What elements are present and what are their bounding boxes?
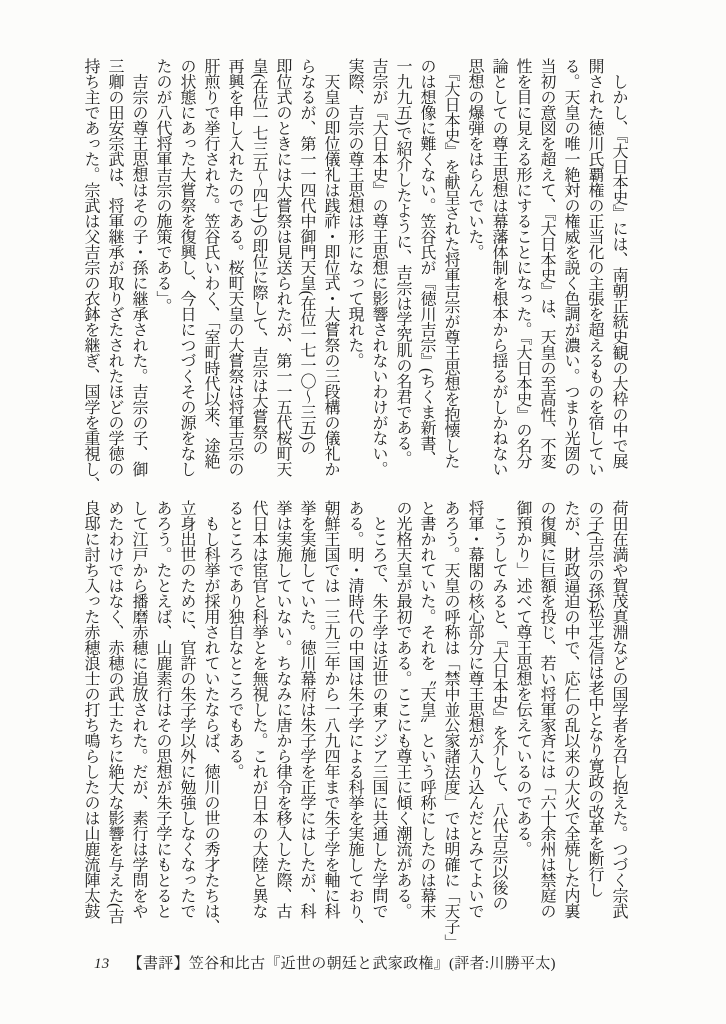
text-line: ところで、朱子学は近世の東アジア三国に共通した学問で xyxy=(366,500,390,960)
text-line: 一九九五)で紹介したように、吉宗は学究肌の名君である。 xyxy=(390,58,414,532)
text-line: たのが八代将軍吉宗の施策である」。 xyxy=(150,58,174,532)
text-line: 立身出世のために、官許の朱子学以外に勉強しなくなったで xyxy=(174,500,198,960)
text-line: 肝煎りで挙行された。笠谷氏いわく、「室町時代以来、途絶 xyxy=(198,58,222,532)
text-line: と書かれていた。それを〝天皇〟という呼称にしたのは幕末 xyxy=(414,500,438,960)
text-line: 論としての尊王思想は幕藩体制を根本から揺るがしかねない xyxy=(486,58,510,532)
text-line: めたわけではなく、赤穂の武士たちに絶大な影響を与えた(吉 xyxy=(102,500,126,960)
text-line: 天皇の即位儀礼は践祚・即位式・大嘗祭の三段構の儀礼か xyxy=(318,58,342,532)
text-line: のは想像に難くない。笠谷氏が『徳川吉宗』(ちくま新書、 xyxy=(414,58,438,532)
text-line: の光格天皇が最初である。ここにも尊王に傾く潮流がある。 xyxy=(390,500,414,960)
text-line: る。天皇の唯一絶対の権威を説く色調が濃い。つまり光圀の xyxy=(558,58,582,532)
text-line: 再興を申し入れたのである。桜町天皇の大嘗祭は将軍吉宗の xyxy=(222,58,246,532)
text-line: しかし、『大日本史』には、南朝正統史観の大枠の中で展 xyxy=(606,58,630,532)
text-line: 将軍・幕閣の核心部分に尊王思想が入り込んだとみてよいで xyxy=(462,500,486,960)
text-line: の復興に巨額を投じ、若い将軍家斉には「六十余州は禁庭の xyxy=(534,500,558,960)
text-line: 持ち主であった。宗武は父吉宗の衣鉢を継ぎ、国学を重視し、 xyxy=(78,58,102,532)
text-line: の状態にあった大嘗祭を復興し、今日につづくその源をなし xyxy=(174,58,198,532)
text-line: あろう。天皇の呼称は「禁中並公家諸法度」では明確に「天子」 xyxy=(438,500,462,960)
text-line: 性を目に見える形にすることになった。『大日本史』の名分 xyxy=(510,58,534,532)
text-block-top: しかし、『大日本史』には、南朝正統史観の大枠の中で展開された徳川氏覇権の正当化の… xyxy=(76,58,630,532)
text-line: 荷田在満や賀茂真淵などの国学者を召し抱えた。つづく宗武 xyxy=(606,500,630,960)
text-line: 良邸に討ち入った赤穂浪士の打ち鳴らしたのは山鹿流陣太鼓 xyxy=(78,500,102,960)
text-line: たが、財政逼迫の中で、応仁の乱以来の大火で全焼した内裏 xyxy=(558,500,582,960)
text-line: こうしてみると、『大日本史』を介して、八代吉宗以後の xyxy=(486,500,510,960)
text-line: 吉宗が『大日本史』の尊王思想に影響されないわけがない。 xyxy=(366,58,390,532)
text-line: ある。明・清時代の中国は朱子学による科挙を実施しており、 xyxy=(342,500,366,960)
footer-caption: 【書評】笠谷和比古『近世の朝廷と武家政権』(評者:川勝平太) xyxy=(128,956,556,972)
text-line: 実際、吉宗の尊王思想は形になって現れた。 xyxy=(342,58,366,532)
text-block-bottom: 荷田在満や賀茂真淵などの国学者を召し抱えた。つづく宗武の子(吉宗の孫)松平定信は… xyxy=(76,500,630,960)
text-line: 即位式のときには大嘗祭は見送られたが、第一一五代桜町天 xyxy=(270,58,294,532)
document-page: しかし、『大日本史』には、南朝正統史観の大枠の中で展開された徳川氏覇権の正当化の… xyxy=(0,0,726,1024)
text-line: の子(吉宗の孫)松平定信は老中となり寛政の改革を断行し xyxy=(582,500,606,960)
text-line: して江戸から播磨赤穂に追放された。だが、素行は学問をや xyxy=(126,500,150,960)
text-line: るところであり独自なところでもある。 xyxy=(222,500,246,960)
text-line: 御預かり」述べて尊王思想を伝えているのである。 xyxy=(510,500,534,960)
text-line: 思想の爆弾をはらんでいた。 xyxy=(462,58,486,532)
text-line: 『大日本史』を献呈された将軍吉宗が尊王思想を抱懐した xyxy=(438,58,462,532)
text-line: 吉宗の尊王思想はその子・孫に継承された。吉宗の子、御 xyxy=(126,58,150,532)
text-line: 代日本は宦官と科挙とを無視した。これが日本の大陸と異な xyxy=(246,500,270,960)
page-number: 13 xyxy=(94,956,110,972)
text-line: もし科挙が採用されていたならば、徳川の世の秀才たちは、 xyxy=(198,500,222,960)
footer: 13 【書評】笠谷和比古『近世の朝廷と武家政権』(評者:川勝平太) xyxy=(94,952,556,973)
text-line: 当初の意図を超えて、『大日本史』は、天皇の至高性、不変 xyxy=(534,58,558,532)
text-line: あろう。たとえば、山鹿素行はその思想が朱子学にもとると xyxy=(150,500,174,960)
text-line: 皇(在位一七三五〜四七)の即位に際して、吉宗は大嘗祭の xyxy=(246,58,270,532)
text-line: 挙を実施していた。徳川幕府は朱子学を正学にはしたが、科 xyxy=(294,500,318,960)
text-line: 開された徳川氏覇権の正当化の主張を超えるものを宿してい xyxy=(582,58,606,532)
text-line: 三卿の田安宗武は、将軍継承が取りざたされたほどの学徳の xyxy=(102,58,126,532)
text-line: らなるが、第一一四代中御門天皇(在位一七一〇〜三五)の xyxy=(294,58,318,532)
text-line: 朝鮮王国では一三九三年から一八九四年まで朱子学を軸に科 xyxy=(318,500,342,960)
text-line: 挙は実施していない。ちなみに唐から律令を移入した際、古 xyxy=(270,500,294,960)
